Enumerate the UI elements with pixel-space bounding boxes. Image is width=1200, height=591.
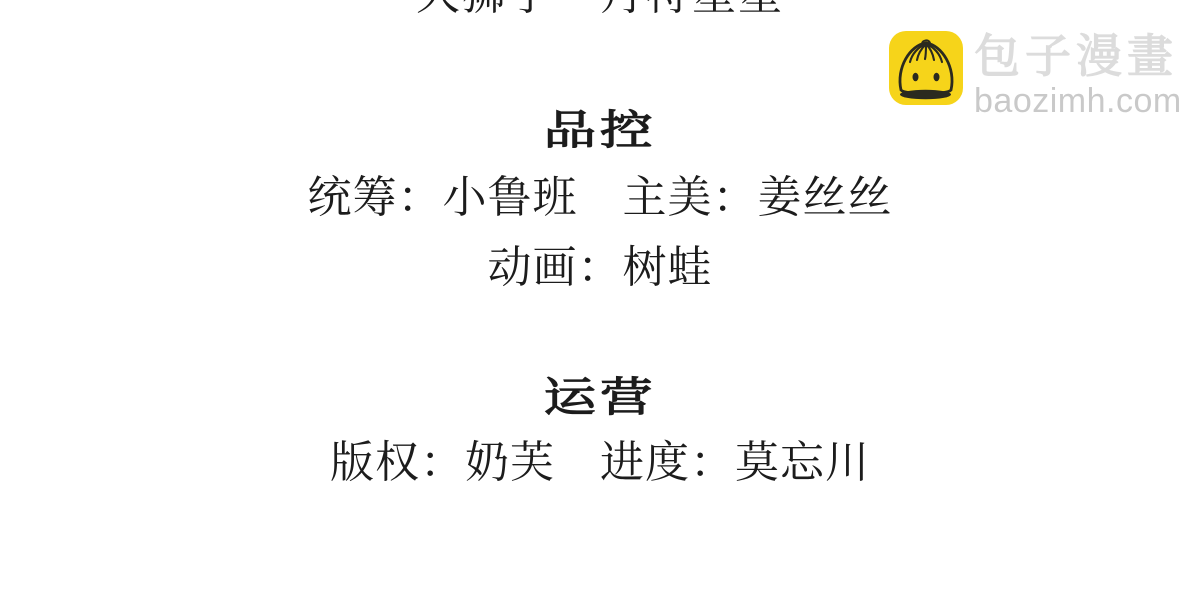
credit-line-animation: 动画：树蛙 xyxy=(0,246,1200,290)
baozi-bun-face-icon xyxy=(889,31,963,105)
section-title-operations: 运营 xyxy=(0,377,1200,418)
brand-text: 包子漫畫 baozimh.com xyxy=(974,31,1182,118)
section-title-quality-control: 品控 xyxy=(0,110,1200,151)
comic-credits-page: 大狮子 月符星星 包子漫畫 baozimh.com 品控 统筹：小鲁班 主美：姜… xyxy=(0,0,1200,591)
credit-line-coordinator-artdirector: 统筹：小鲁班 主美：姜丝丝 xyxy=(0,176,1200,220)
baozimh-watermark: 包子漫畫 baozimh.com xyxy=(889,31,1182,118)
brand-name-chinese: 包子漫畫 xyxy=(974,33,1182,79)
clipped-credit-line: 大狮子 月符星星 xyxy=(0,0,1200,17)
credit-line-copyright-schedule: 版权：奶芙 进度：莫忘川 xyxy=(0,441,1200,485)
